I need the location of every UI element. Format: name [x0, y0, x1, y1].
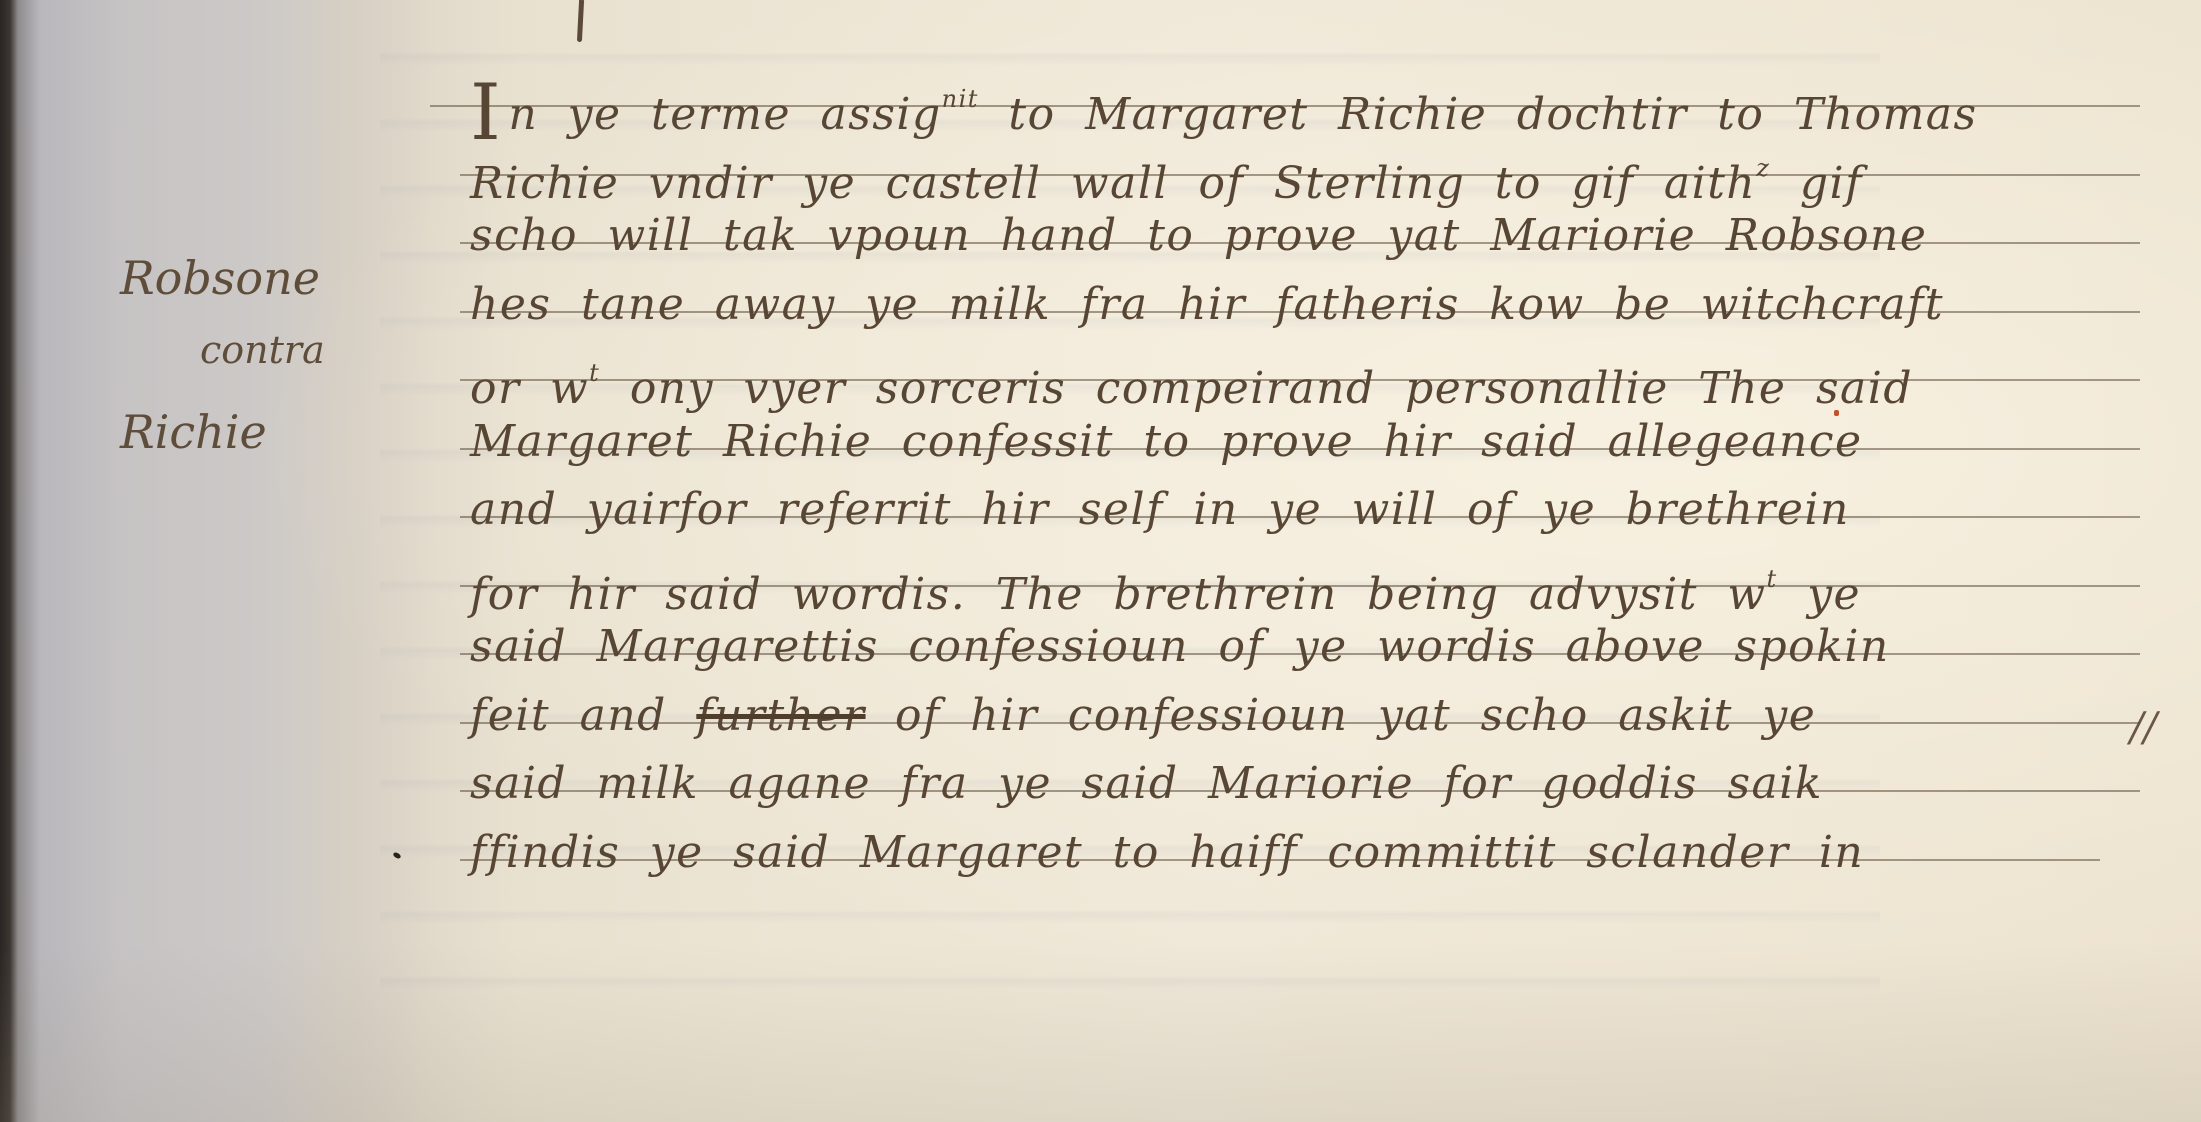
manuscript-line-3: scho will tak vpoun hand to prove yat Ma…: [470, 202, 2160, 271]
manuscript-line-12: ffindis ye said Margaret to haiff commit…: [470, 819, 2160, 888]
line-text: and yairfor referrit hir self in ye will…: [470, 484, 1850, 535]
margin-note-plaintiff: Robsone: [120, 255, 370, 301]
line-text-part: ony vyer sorceris compeirand personallie…: [600, 363, 1913, 414]
line-text: feit and further of hir confessioun yat …: [470, 690, 1816, 741]
margin-note-defender: Richie: [120, 409, 370, 455]
line-text-part: n ye terme assig: [508, 89, 941, 140]
superscript-abbreviation: t: [1767, 565, 1778, 593]
ink-dot: [392, 851, 401, 859]
descender-from-previous-line: [577, 0, 584, 42]
manuscript-line-1: In ye terme assignit to Margaret Richie …: [470, 65, 2160, 134]
manuscript-line-10: feit and further of hir confessioun yat …: [470, 682, 2160, 751]
line-text-part: Richie vndir ye castell wall of Sterling…: [470, 158, 1756, 209]
line-text: Margaret Richie confessit to prove hir s…: [470, 416, 1863, 467]
right-margin-mark: //: [2130, 705, 2157, 751]
manuscript-line-8: for hir said wordis. The brethrein being…: [470, 545, 2160, 614]
manuscript-line-11: said milk agane fra ye said Mariorie for…: [470, 750, 2160, 819]
line-text-part: for hir said wordis. The brethrein being…: [470, 569, 1767, 620]
superscript-abbreviation: t: [589, 359, 600, 387]
line-text-part: to Margaret Richie dochtir to Thomas: [979, 89, 1978, 140]
line-text: ffindis ye said Margaret to haiff commit…: [470, 827, 1864, 878]
line-text-part: or w: [470, 363, 589, 414]
line-text-part: of hir confessioun yat scho askit ye: [866, 690, 1817, 741]
manuscript-line-6: Margaret Richie confessit to prove hir s…: [470, 408, 2160, 477]
line-text-part: feit and: [470, 690, 696, 741]
superscript-abbreviation: z: [1756, 154, 1770, 182]
manuscript-line-2: Richie vndir ye castell wall of Sterling…: [470, 134, 2160, 203]
line-text-part: gif: [1770, 158, 1863, 209]
initial-letter: I: [470, 79, 502, 148]
manuscript-body: In ye terme assignit to Margaret Richie …: [470, 65, 2160, 887]
line-text: hes tane away ye milk fra hir fatheris k…: [470, 279, 1944, 330]
line-text: said milk agane fra ye said Mariorie for…: [470, 758, 1823, 809]
struck-through-word: further: [696, 690, 865, 741]
line-text: In ye terme assignit to Margaret Richie …: [470, 89, 1978, 140]
manuscript-line-4: hes tane away ye milk fra hir fatheris k…: [470, 271, 2160, 340]
manuscript-line-7: and yairfor referrit hir self in ye will…: [470, 476, 2160, 545]
superscript-abbreviation: nit: [942, 85, 979, 113]
manuscript-line-9: said Margarettis confessioun of ye wordi…: [470, 613, 2160, 682]
manuscript-page: Robsone contra Richie In ye terme assign…: [0, 0, 2201, 1122]
line-text: said Margarettis confessioun of ye wordi…: [470, 621, 1890, 672]
margin-note: Robsone contra Richie: [120, 255, 370, 455]
margin-note-contra: contra: [200, 331, 370, 369]
line-text: for hir said wordis. The brethrein being…: [470, 569, 1861, 620]
line-text: Richie vndir ye castell wall of Sterling…: [470, 158, 1863, 209]
manuscript-line-5: or wt ony vyer sorceris compeirand perso…: [470, 339, 2160, 408]
line-text-part: ye: [1778, 569, 1861, 620]
line-text: or wt ony vyer sorceris compeirand perso…: [470, 363, 1913, 414]
line-text: scho will tak vpoun hand to prove yat Ma…: [470, 210, 1927, 261]
